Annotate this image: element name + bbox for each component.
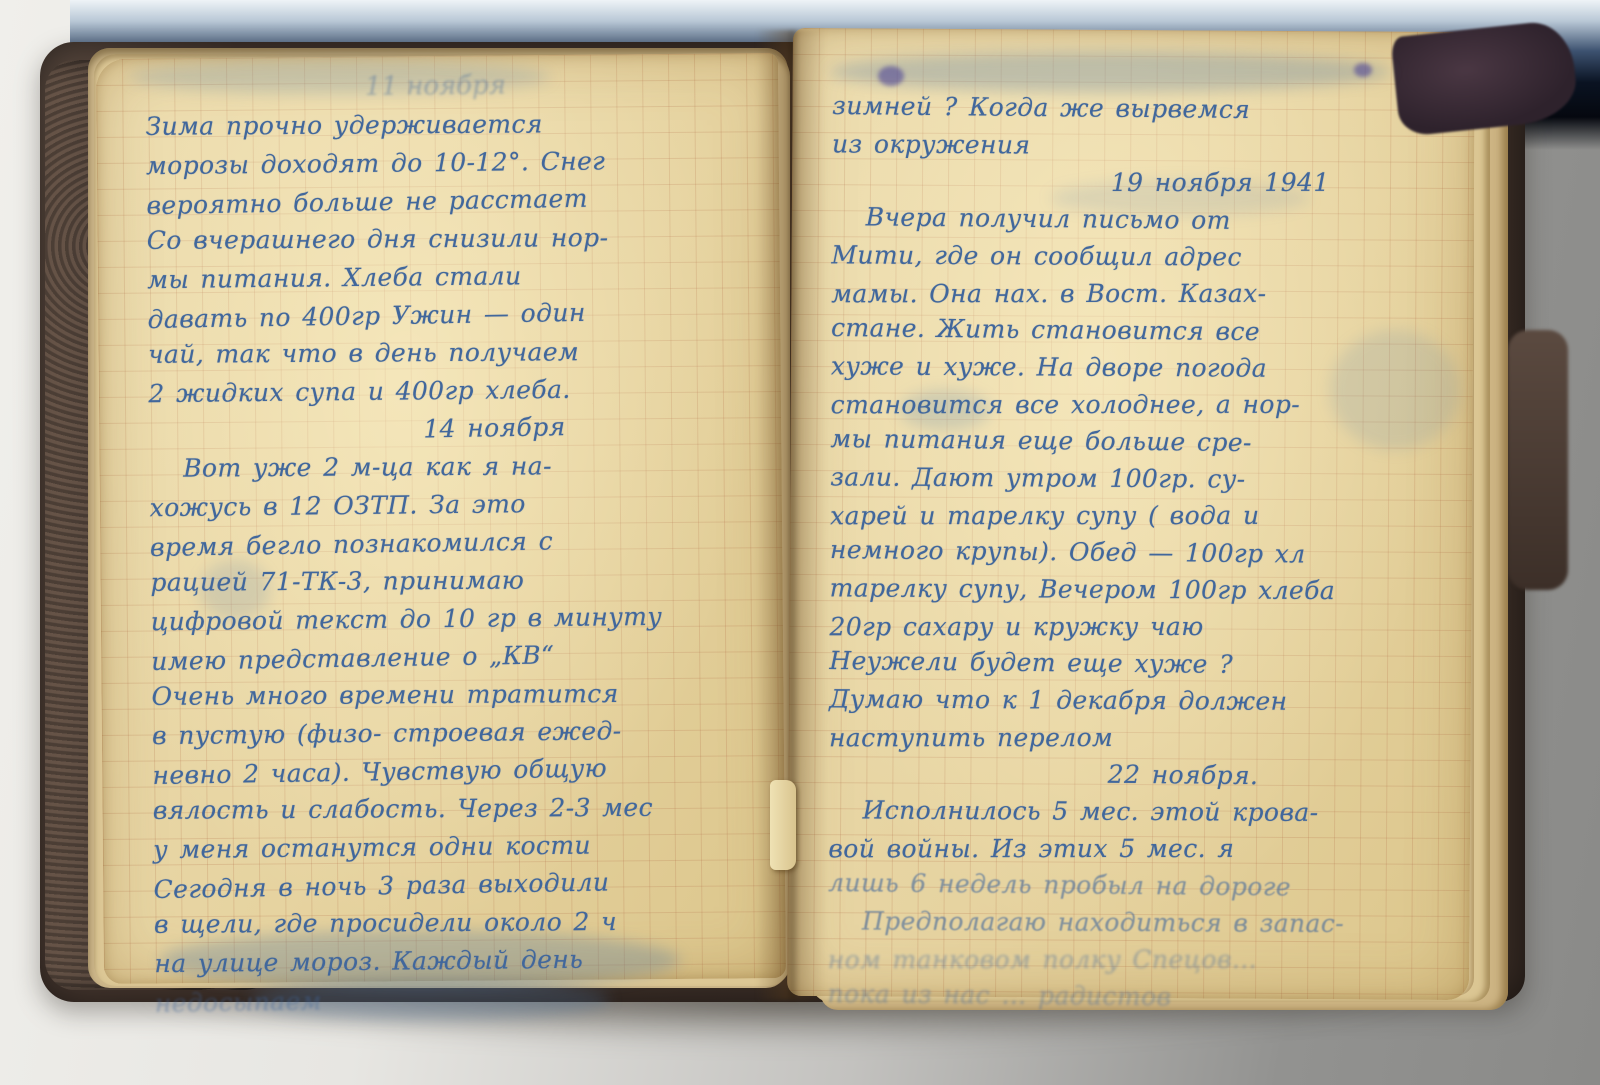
handwritten-line: Очень много времени тратится xyxy=(151,674,761,716)
handwritten-line: Мити, где он сообщил адрес xyxy=(831,236,1451,276)
handwritten-line: Неужели будет еще хуже ? xyxy=(829,642,1449,685)
handwritten-line: Вчера получил письмо от xyxy=(831,198,1451,241)
handwritten-line: вялость и слабость. Через 2-3 мес xyxy=(153,788,763,830)
handwritten-line: наступить перелом xyxy=(829,719,1449,757)
torn-cloth-fragment-right xyxy=(1508,330,1568,590)
left-page-text: 11 ноября Зима прочно удерживаетсяморозы… xyxy=(145,63,765,1021)
handwritten-line: ном танковом полку Спецов… xyxy=(828,941,1448,979)
handwritten-line: хуже и хуже. На дворе погода xyxy=(831,347,1451,387)
right-page-lines: зимней ? Когда же вырвемсяиз окружения19… xyxy=(827,88,1452,1016)
handwritten-line: Зима прочно удерживается xyxy=(146,104,756,146)
handwritten-line: зимней ? Когда же вырвемся xyxy=(832,87,1452,130)
handwritten-line: харей и тарелку супу ( вода и xyxy=(830,497,1450,535)
handwritten-line: Предполагаю находиться в запас- xyxy=(828,902,1448,942)
handwritten-line: 19 ноября 1941 xyxy=(832,164,1452,202)
handwritten-line: из окружения xyxy=(832,125,1452,165)
handwritten-line: зали. Дают утром 100гр. су- xyxy=(830,458,1450,498)
handwritten-line: 22 ноября. xyxy=(829,753,1449,796)
handwritten-line: немного крупы). Обед — 100гр хл xyxy=(830,531,1450,574)
ghost-date-header: 11 ноября xyxy=(145,63,755,109)
left-page-lines: Зима прочно удерживаетсяморозы доходят д… xyxy=(145,103,765,1021)
right-page-text: зимней ? Когда же вырвемсяиз окружения19… xyxy=(827,50,1452,1016)
handwritten-line: 20гр сахару и кружку чаю xyxy=(829,608,1449,646)
ghost-bleedthrough-line xyxy=(832,50,1452,91)
handwritten-line: лишь 6 недель пробыл на дороге xyxy=(828,864,1448,907)
handwritten-line: рацией 71-ТК-3, принимаю xyxy=(150,560,760,602)
handwritten-line: пока из нас … радистов xyxy=(827,975,1447,1018)
handwritten-line: становится все холоднее, а нор- xyxy=(831,386,1451,424)
handwritten-line: чай, так что в день получаем xyxy=(148,332,758,374)
handwritten-line: вой войны. Из этих 5 мес. я xyxy=(828,830,1448,868)
paper-tab-in-gutter xyxy=(770,780,796,870)
handwritten-line: Вот уже 2 м-ца как я на- xyxy=(149,446,759,488)
handwritten-line: Со вчерашнего дня снизили нор- xyxy=(147,218,757,260)
handwritten-line: Исполнилось 5 мес. этой крова- xyxy=(828,791,1448,831)
handwritten-line: мы питания еще больше сре- xyxy=(830,420,1450,463)
handwritten-line: Думаю что к 1 декабря должен xyxy=(829,680,1449,720)
handwritten-line: мамы. Она нах. в Вост. Казах- xyxy=(831,275,1451,313)
handwritten-line: стане. Жить становится все xyxy=(831,309,1451,352)
handwritten-line: тарелку супу, Вечером 100гр хлеба xyxy=(830,569,1450,609)
handwritten-line: в щели, где просидели около 2 ч xyxy=(154,902,764,944)
